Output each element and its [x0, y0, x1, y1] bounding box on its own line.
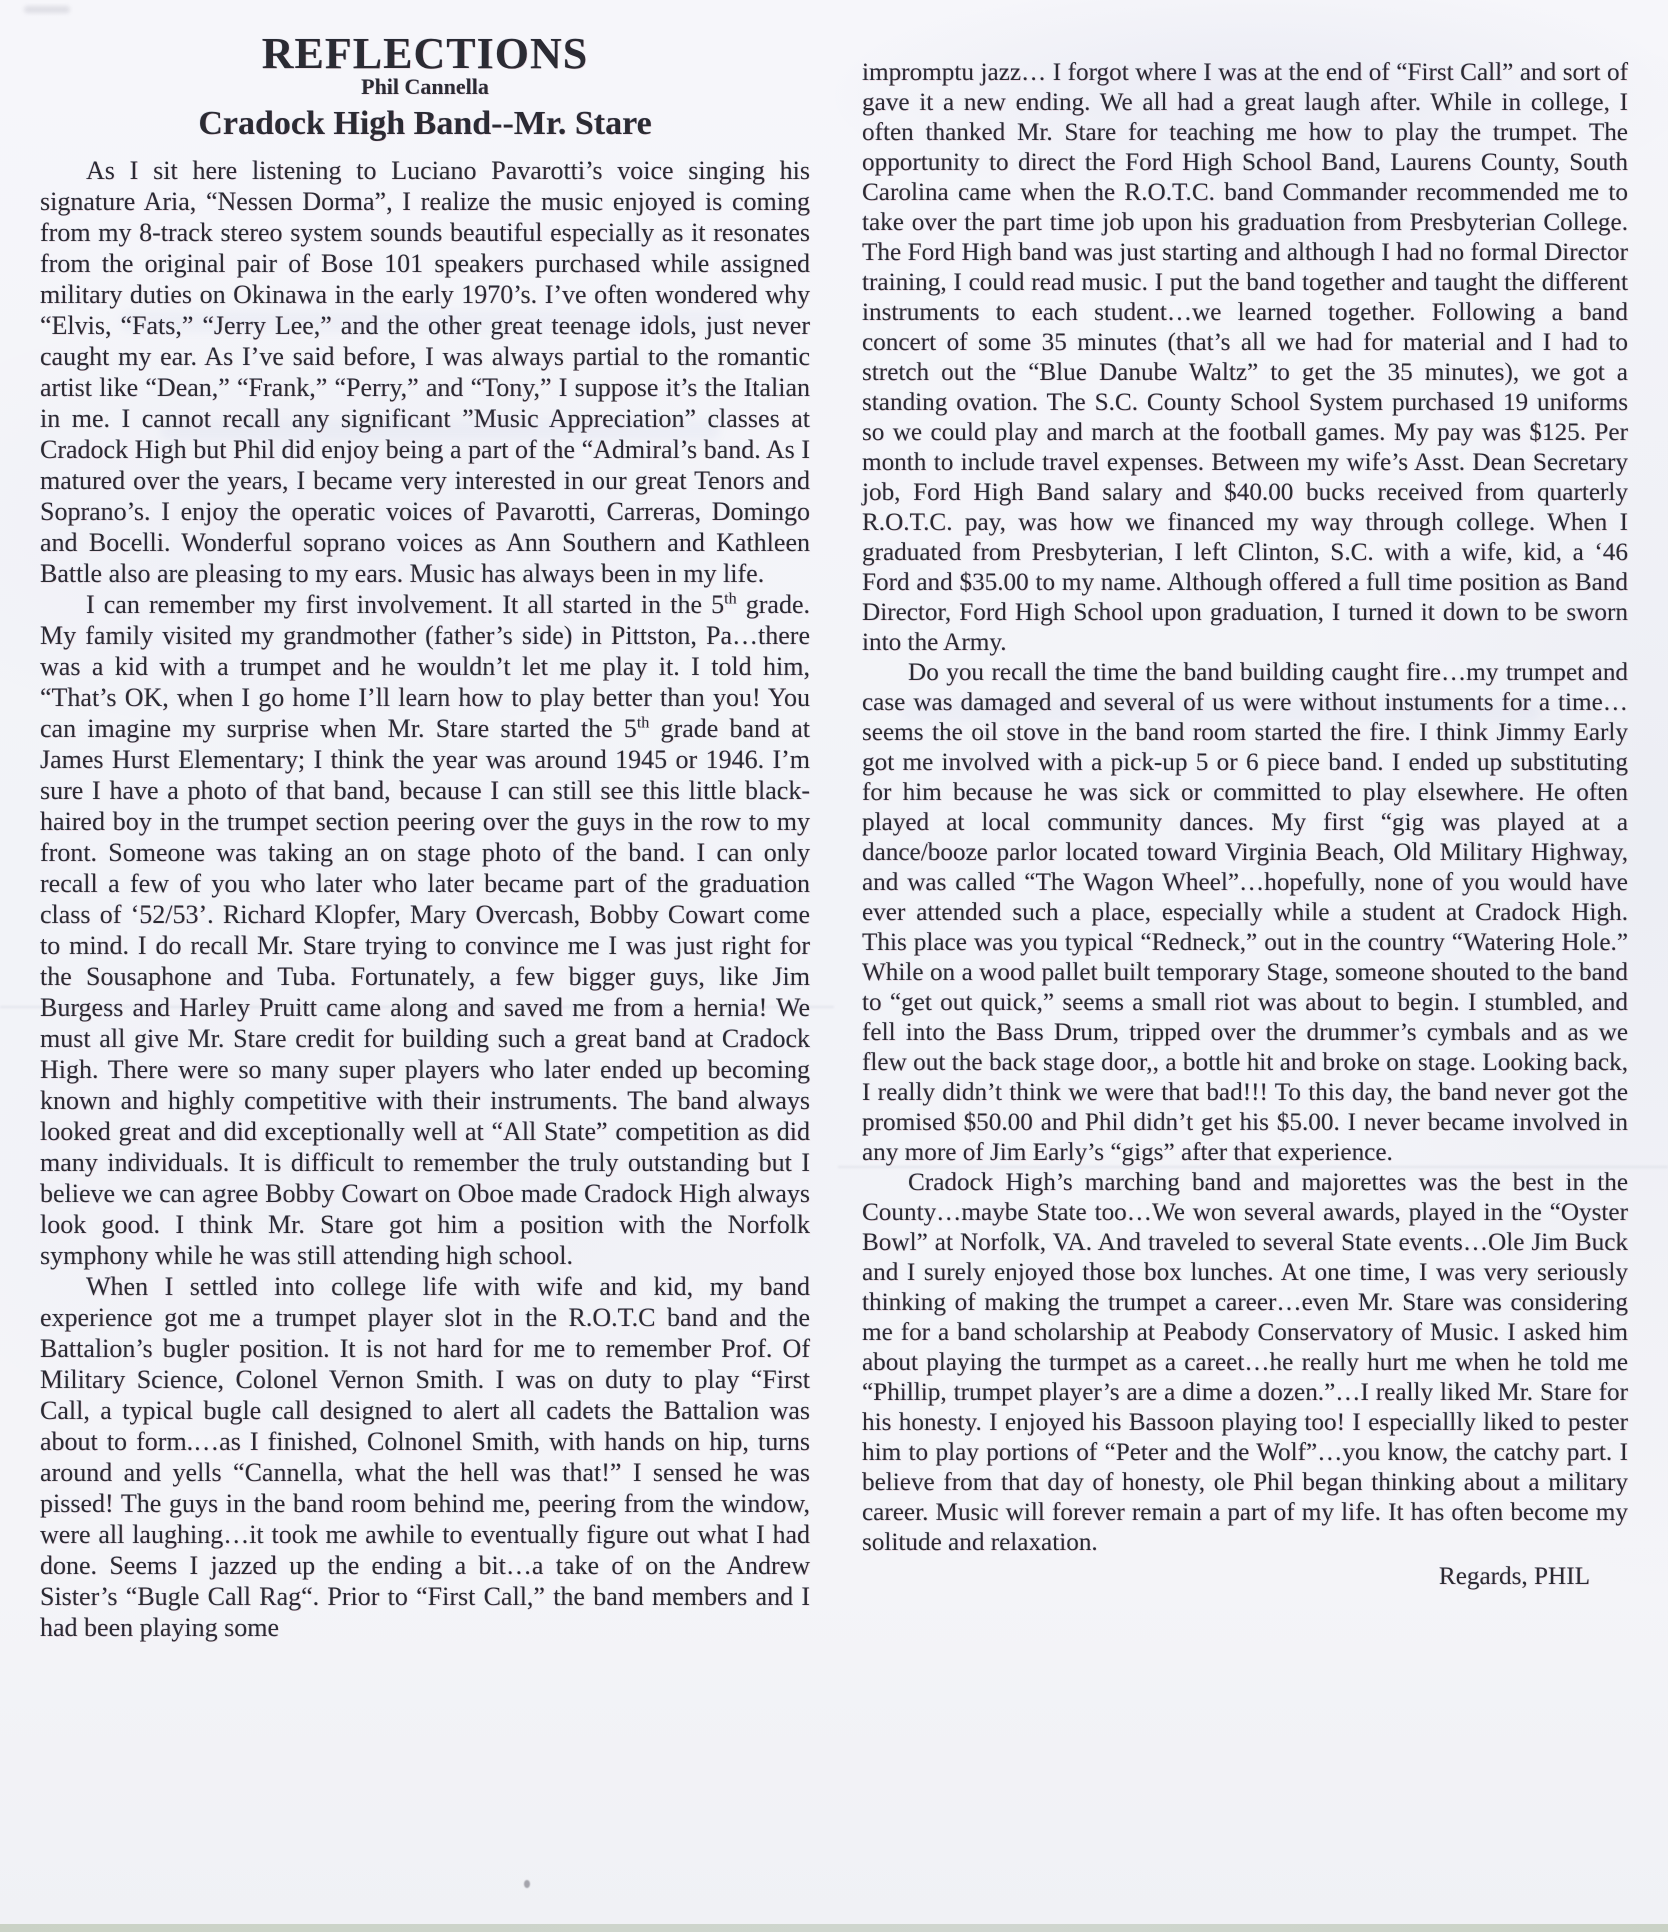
paragraph: I can remember my first involvement. It …: [40, 589, 810, 1271]
paragraph: As I sit here listening to Luciano Pavar…: [40, 155, 810, 589]
paragraph: Do you recall the time the band building…: [862, 658, 1628, 1168]
article-author: Phil Cannella: [40, 71, 810, 102]
superscript: th: [637, 714, 650, 731]
right-paragraphs: impromptu jazz… I forgot where I was at …: [862, 58, 1628, 1558]
scan-edge-strip: [0, 1924, 1668, 1932]
paragraph: Cradock High’s marching band and majoret…: [862, 1168, 1628, 1558]
paragraph: impromptu jazz… I forgot where I was at …: [862, 58, 1628, 658]
article-subtitle: Cradock High Band--Mr. Stare: [40, 108, 810, 139]
paragraph: When I settled into college life with wi…: [40, 1271, 810, 1643]
left-column: REFLECTIONS Phil Cannella Cradock High B…: [40, 26, 810, 1643]
scanned-newsletter-page: REFLECTIONS Phil Cannella Cradock High B…: [0, 0, 1668, 1932]
scan-speck: [24, 6, 70, 13]
left-paragraphs: As I sit here listening to Luciano Pavar…: [40, 155, 810, 1643]
signoff: Regards, PHIL: [862, 1562, 1628, 1592]
article-title: REFLECTIONS: [40, 38, 810, 69]
scan-speck: [524, 1880, 530, 1888]
article-header: REFLECTIONS Phil Cannella Cradock High B…: [40, 38, 810, 139]
superscript: th: [724, 590, 737, 607]
right-column: impromptu jazz… I forgot where I was at …: [862, 58, 1628, 1592]
